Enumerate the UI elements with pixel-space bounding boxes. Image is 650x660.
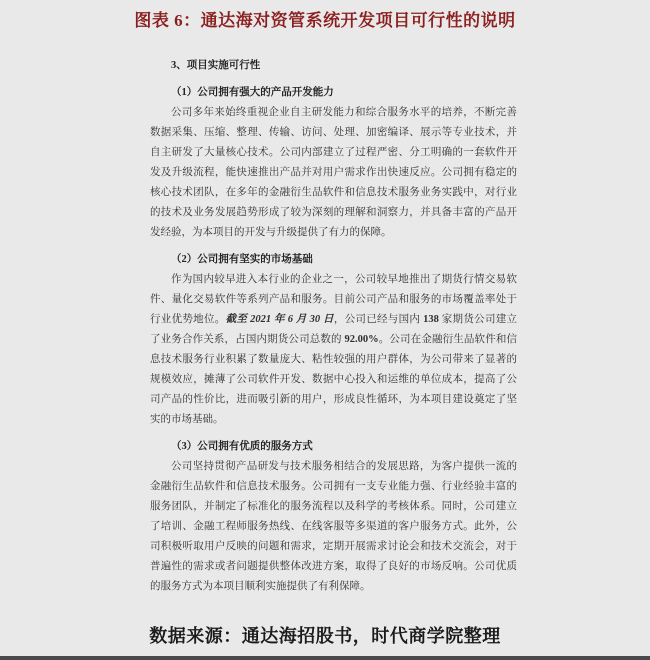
report-figure-page: 图表 6：通达海对资管系统开发项目可行性的说明 3、项目实施可行性 （1）公司拥… [0, 0, 650, 660]
subsection-market-base: （2）公司拥有坚实的市场基础 作为国内较早进入本行业的企业之一，公司较早地推出了… [150, 250, 517, 430]
figure-title: 图表 6：通达海对资管系统开发项目可行性的说明 [0, 0, 650, 31]
subsection-service-mode: （3）公司拥有优质的服务方式 公司坚持贯彻产品研发与技术服务相结合的发展思路，为… [150, 437, 517, 597]
bottom-bar [0, 656, 650, 660]
subsection-heading: （3）公司拥有优质的服务方式 [150, 437, 517, 457]
subsection-heading: （1）公司拥有强大的产品开发能力 [150, 83, 517, 103]
subsection-heading: （2）公司拥有坚实的市场基础 [150, 250, 517, 270]
paragraph: 公司多年来始终重视企业自主研发能力和综合服务水平的培养，不断完善数据采集、压缩、… [150, 103, 517, 243]
document-body: 3、项目实施可行性 （1）公司拥有强大的产品开发能力 公司多年来始终重视企业自主… [150, 56, 517, 597]
paragraph: 公司坚持贯彻产品研发与技术服务相结合的发展思路，为客户提供一流的金融衍生品软件和… [150, 457, 517, 597]
subsection-product-dev: （1）公司拥有强大的产品开发能力 公司多年来始终重视企业自主研发能力和综合服务水… [150, 83, 517, 243]
paragraph: 作为国内较早进入本行业的企业之一，公司较早地推出了期货行情交易软件、量化交易软件… [150, 270, 517, 430]
section-heading: 3、项目实施可行性 [150, 56, 517, 76]
source-note: 数据来源：通达海招股书，时代商学院整理 [0, 622, 650, 648]
